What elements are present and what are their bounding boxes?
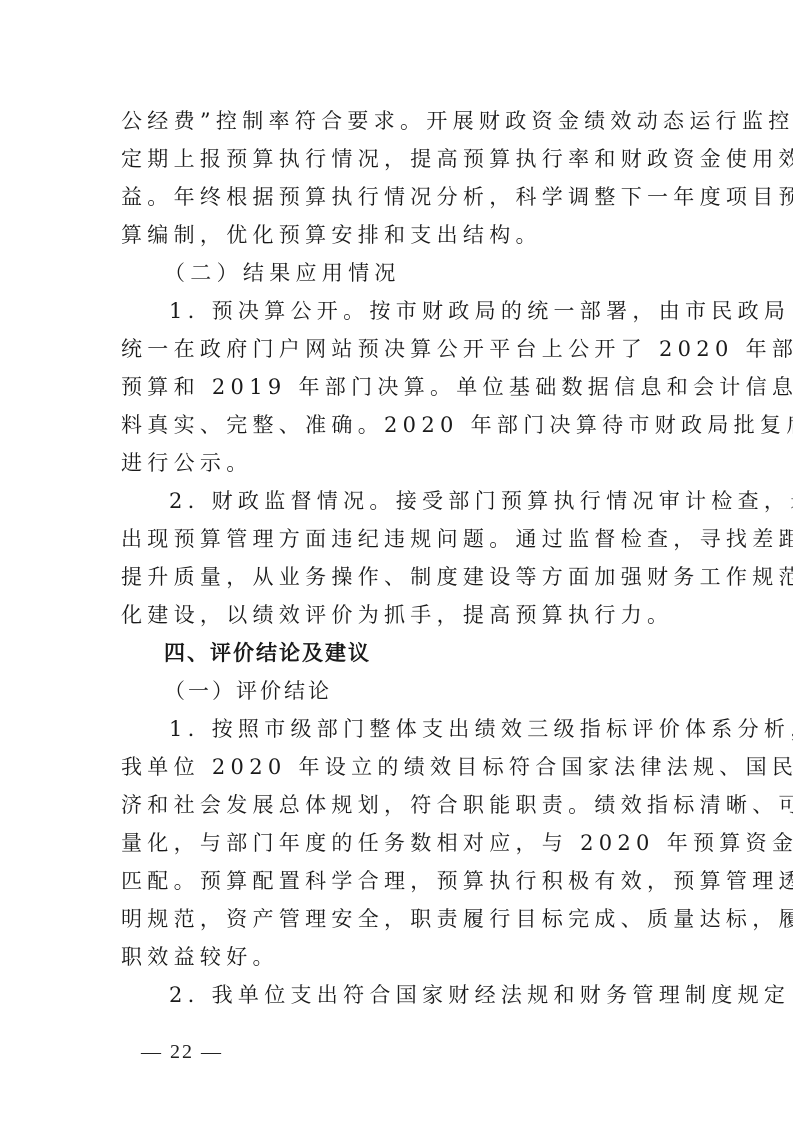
paragraph-line: 化建设，以绩效评价为抓手，提高预算执行力。: [121, 596, 677, 634]
chapter-heading-conclusions: 四、评价结论及建议: [121, 634, 677, 672]
paragraph-line: 料真实、完整、准确。2020 年部门决算待市财政局批复后: [121, 406, 677, 444]
paragraph-line: 算编制，优化预算安排和支出结构。: [121, 216, 677, 254]
page-body: 公经费”控制率符合要求。开展财政资金绩效动态运行监控， 定期上报预算执行情况，提…: [121, 102, 677, 1014]
paragraph-line: 2. 我单位支出符合国家财经法规和财务管理制度规定: [121, 976, 677, 1014]
paragraph-line: 职效益较好。: [121, 938, 677, 976]
paragraph-line: 我单位 2020 年设立的绩效目标符合国家法律法规、国民经: [121, 748, 677, 786]
page-number: — 22 —: [141, 1041, 223, 1064]
paragraph-line: 预算和 2019 年部门决算。单位基础数据信息和会计信息资: [121, 368, 677, 406]
paragraph-line: 1. 按照市级部门整体支出绩效三级指标评价体系分析，: [121, 710, 677, 748]
document-page: 公经费”控制率符合要求。开展财政资金绩效动态运行监控， 定期上报预算执行情况，提…: [0, 0, 793, 1122]
paragraph-line: 出现预算管理方面违纪违规问题。通过监督检查，寻找差距、: [121, 520, 677, 558]
paragraph-line: 量化，与部门年度的任务数相对应，与 2020 年预算资金相: [121, 824, 677, 862]
section-heading-results-application: （二）结果应用情况: [121, 254, 677, 292]
paragraph-line: 明规范，资产管理安全，职责履行目标完成、质量达标，履: [121, 900, 677, 938]
paragraph-line: 济和社会发展总体规划，符合职能职责。绩效指标清晰、可: [121, 786, 677, 824]
paragraph-line: 进行公示。: [121, 444, 677, 482]
section-heading-evaluation-conclusion: （一）评价结论: [121, 672, 677, 710]
paragraph-line: 1. 预决算公开。按市财政局的统一部署，由市民政局: [121, 292, 677, 330]
paragraph-line: 匹配。预算配置科学合理，预算执行积极有效，预算管理透: [121, 862, 677, 900]
paragraph-line: 公经费”控制率符合要求。开展财政资金绩效动态运行监控，: [121, 102, 677, 140]
paragraph-line: 2. 财政监督情况。接受部门预算执行情况审计检查，未: [121, 482, 677, 520]
paragraph-line: 提升质量，从业务操作、制度建设等方面加强财务工作规范: [121, 558, 677, 596]
paragraph-line: 益。年终根据预算执行情况分析，科学调整下一年度项目预: [121, 178, 677, 216]
paragraph-line: 定期上报预算执行情况，提高预算执行率和财政资金使用效: [121, 140, 677, 178]
paragraph-line: 统一在政府门户网站预决算公开平台上公开了 2020 年部门: [121, 330, 677, 368]
